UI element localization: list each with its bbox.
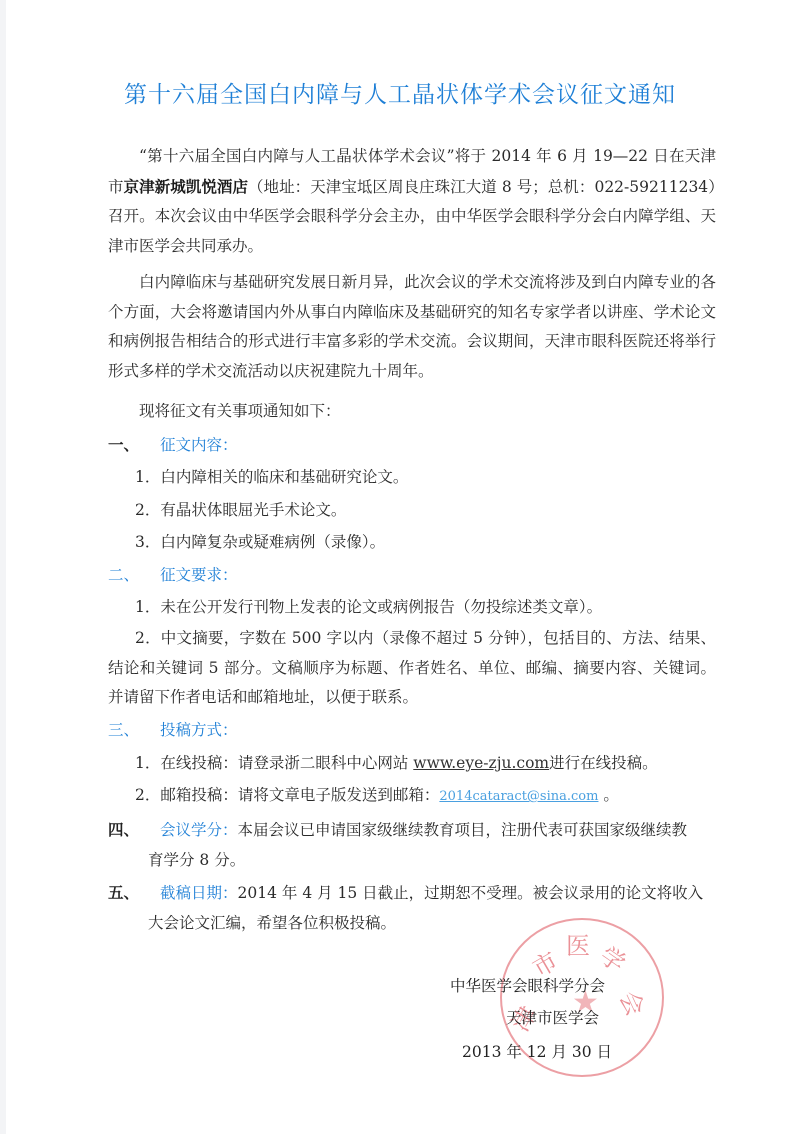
list-item: 1．未在公开发行刊物上发表的论文或病例报告（勿投综述类文章）。 [135, 593, 602, 623]
section-3-heading: 三、投稿方式： [108, 716, 718, 746]
list-item: 1．白内障相关的临床和基础研究论文。 [135, 463, 408, 493]
section-5-continuation: 大会论文汇编，希望各位积极投稿。 [148, 909, 396, 939]
section-2-heading: 二、征文要求： [108, 561, 718, 591]
section-4: 四、会议学分：本届会议已申请国家级继续教育项目，注册代表可获国家级继续教 [108, 815, 718, 846]
intro-paragraph-2: 白内障临床与基础研究发展日新月异，此次会议的学术交流将涉及到白内障专业的各个方面… [108, 268, 716, 386]
seal-char: 医 [566, 926, 590, 961]
list-item: 2．中文摘要，字数在 500 字以内（录像不超过 5 分钟），包括目的、方法、结… [108, 624, 716, 713]
signature-org-1: 中华医学会眼科学分会 [450, 972, 605, 1002]
intro-paragraph-3: 现将征文有关事项通知如下： [108, 397, 716, 427]
email-link[interactable]: 2014cataract@sina.com [439, 789, 598, 804]
section-number: 三、 [108, 716, 160, 746]
list-item: 2．有晶状体眼屈光手术论文。 [135, 496, 346, 526]
section-title: 会议学分： [160, 821, 238, 839]
section-4-continuation: 育学分 8 分。 [148, 846, 245, 876]
list-item-online-submission: 1．在线投稿：请登录浙二眼科中心网站 www.eye-zju.com进行在线投稿… [135, 749, 658, 779]
section-title: 征文要求： [160, 566, 238, 584]
section-number: 二、 [108, 561, 160, 591]
signature-org-2: 天津市医学会 [506, 1004, 599, 1034]
signature-date: 2013 年 12 月 30 日 [462, 1038, 612, 1068]
intro-paragraph-1: “第十六届全国白内障与人工晶状体学术会议”将于 2014 年 6 月 19—22… [108, 142, 716, 261]
list-item: 3．白内障复杂或疑难病例（录像）。 [135, 528, 385, 558]
section-title: 截稿日期： [160, 884, 238, 902]
section-title: 征文内容： [160, 436, 238, 454]
section-number: 五、 [108, 878, 160, 908]
website-link[interactable]: www.eye-zju.com [413, 754, 549, 772]
section-5: 五、截稿日期：2014 年 4 月 15 日截止，过期恕不受理。被会议录用的论文… [108, 878, 718, 909]
section-number: 四、 [108, 815, 160, 845]
venue-name: 京津新城凯悦酒店 [124, 177, 248, 196]
section-title: 投稿方式： [160, 721, 238, 739]
document-title: 第十六届全国白内障与人工晶状体学术会议征文通知 [0, 76, 800, 109]
section-1-heading: 一、征文内容： [108, 430, 718, 461]
section-number: 一、 [108, 430, 160, 460]
scan-edge [0, 0, 6, 1134]
list-item-email-submission: 2．邮箱投稿：请将文章电子版发送到邮箱：2014cataract@sina.co… [135, 781, 619, 812]
